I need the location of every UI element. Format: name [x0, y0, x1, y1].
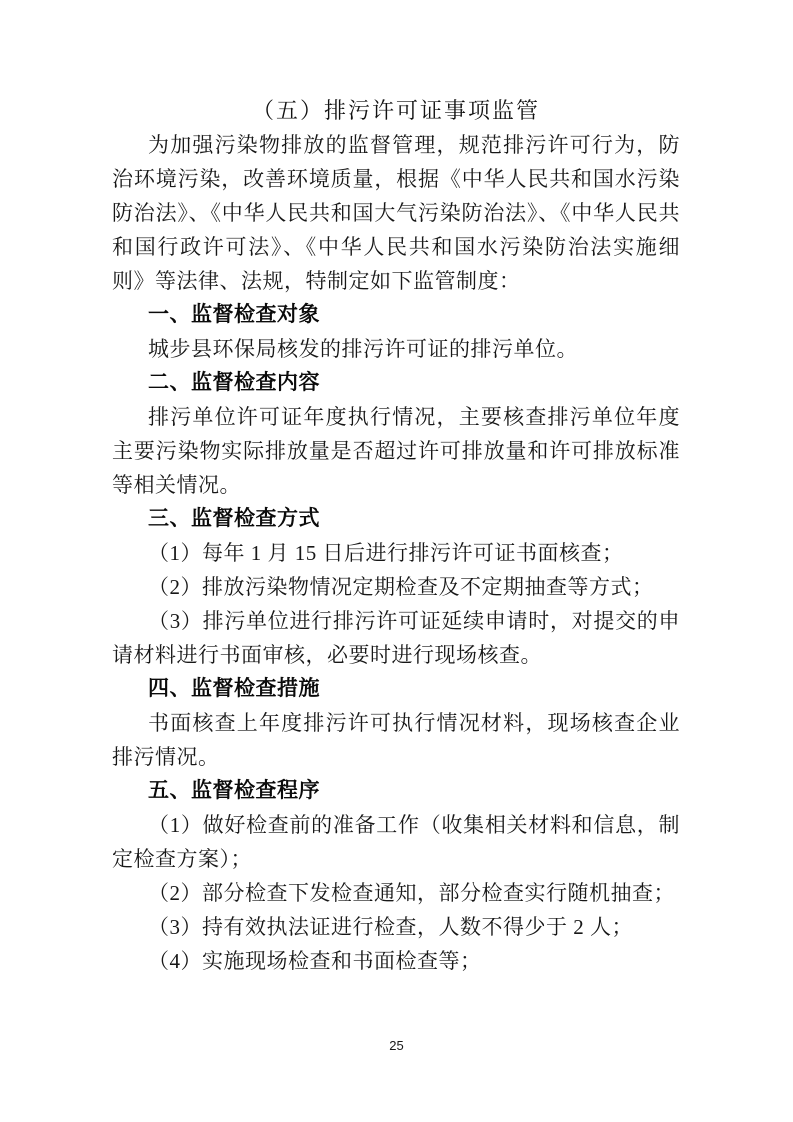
list-item-paragraph: （1）每年 1 月 15 日后进行排污许可证书面核查； — [112, 536, 680, 570]
page-number: 25 — [0, 1038, 793, 1053]
document-page: （五）排污许可证事项监管 为加强污染物排放的监督管理，规范排污许可行为，防治环境… — [112, 94, 680, 978]
section-heading-5: 五、监督检查程序 — [112, 774, 680, 808]
section-heading-2: 二、监督检查内容 — [112, 366, 680, 400]
list-item-paragraph: （3）持有效执法证进行检查，人数不得少于 2 人； — [112, 910, 680, 944]
body-paragraph: 为加强污染物排放的监督管理，规范排污许可行为，防治环境污染，改善环境质量，根据《… — [112, 128, 680, 298]
list-item-paragraph: （2）部分检查下发检查通知，部分检查实行随机抽查； — [112, 876, 680, 910]
section-heading-3: 三、监督检查方式 — [112, 502, 680, 536]
list-item-paragraph: （2）排放污染物情况定期检查及不定期抽查等方式； — [112, 570, 680, 604]
list-item-paragraph: （4）实施现场检查和书面检查等； — [112, 944, 680, 978]
section-heading-1: 一、监督检查对象 — [112, 298, 680, 332]
body-paragraph: 书面核查上年度排污许可执行情况材料，现场核查企业排污情况。 — [112, 706, 680, 774]
body-paragraph: 排污单位许可证年度执行情况，主要核查排污单位年度主要污染物实际排放量是否超过许可… — [112, 400, 680, 502]
section-heading-4: 四、监督检查措施 — [112, 672, 680, 706]
list-item-paragraph: （3）排污单位进行排污许可证延续申请时，对提交的申请材料进行书面审核，必要时进行… — [112, 604, 680, 672]
list-item-paragraph: （1）做好检查前的准备工作（收集相关材料和信息，制定检查方案）； — [112, 808, 680, 876]
document-title: （五）排污许可证事项监管 — [112, 94, 680, 128]
body-paragraph: 城步县环保局核发的排污许可证的排污单位。 — [112, 332, 680, 366]
